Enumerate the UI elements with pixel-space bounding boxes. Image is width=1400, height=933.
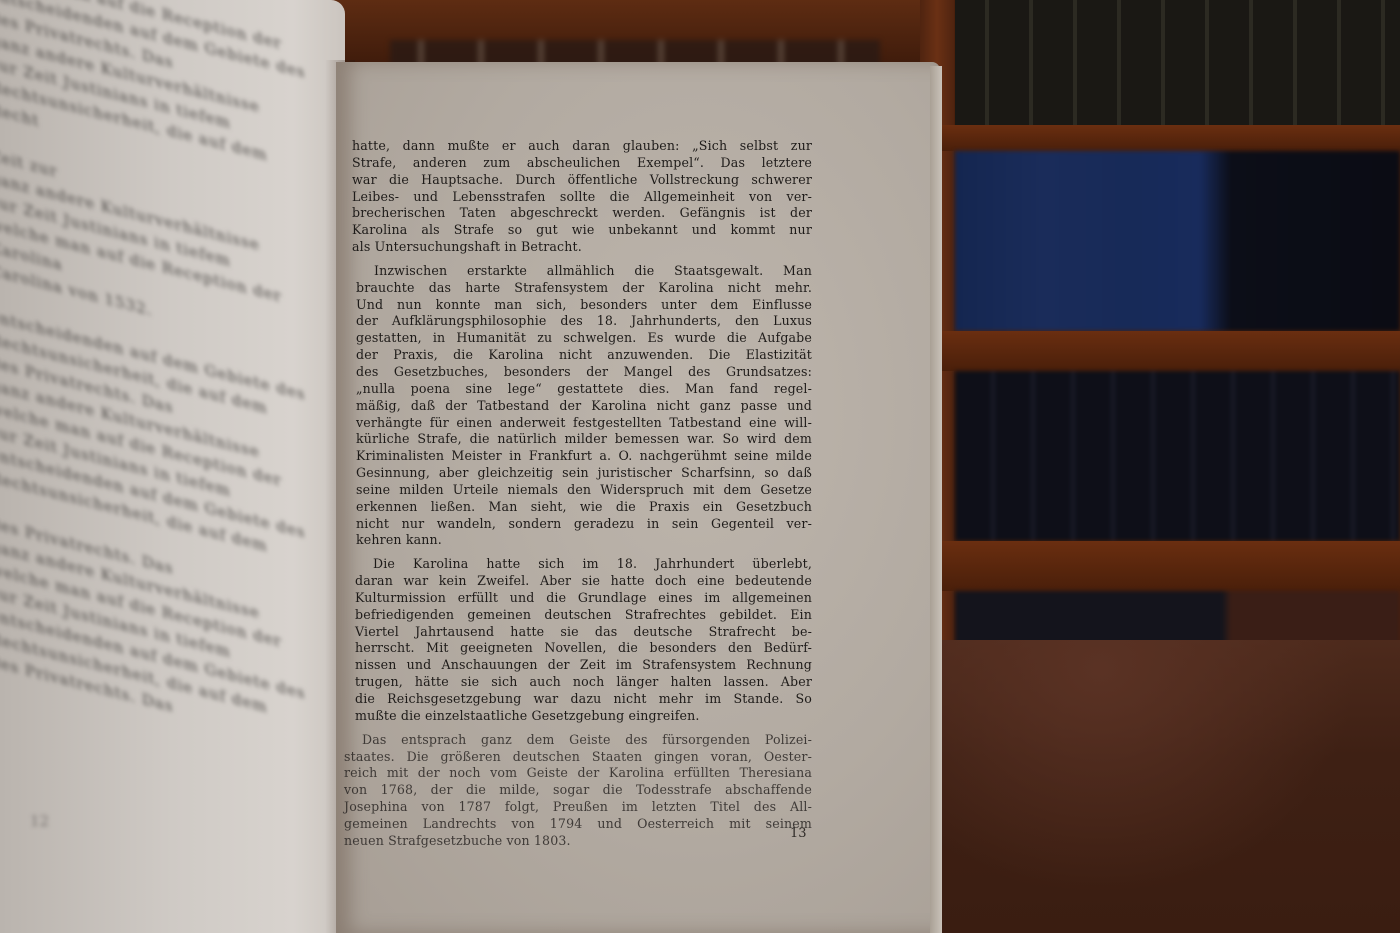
text-line: hatte, dann mußte er auch daran glauben:… [352,138,812,155]
text-line: daran war kein Zweifel. Aber sie hatte d… [355,573,812,590]
text-line: kürliche Strafe, die natürlich milder be… [356,431,812,448]
text-line: gemeinen Landrechts von 1794 und Oesterr… [344,816,812,833]
text-line: herrscht. Mit geeigneten Novellen, die b… [355,640,812,657]
text-line: verhängte für einen anderweit festgestel… [356,415,812,432]
text-line: brecherischen Taten abgeschreckt werden.… [352,205,812,222]
text-line: seine milden Urteile niemals den Widersp… [356,482,812,499]
left-page-number: 12 [30,812,49,830]
shelf-row-blue-books [955,151,1400,331]
text-line: Und nun konnte man sich, besonders unter… [356,297,812,314]
paragraph-3: Die Karolina hatte sich im 18. Jahrhunde… [355,556,812,724]
text-line: Karolina als Strafe so gut wie unbekannt… [352,222,812,239]
text-line: mußte die einzelstaatliche Gesetzgebung … [355,708,812,725]
text-line: Leibes- und Lebensstrafen sollte die All… [352,189,812,206]
text-line: Strafe, anderen zum abscheulichen Exempe… [352,155,812,172]
page-edge [930,66,942,933]
text-line: Inzwischen erstarkte allmählich die Staa… [356,263,812,280]
right-page: hatte, dann mußte er auch daran glauben:… [336,62,940,933]
right-page-number: 13 [790,826,807,841]
text-line: neuen Strafgesetzbuche von 1803. [344,833,812,850]
text-line: der Aufklärungsphilosophie des 18. Jahrh… [356,313,812,330]
left-page-text: welche man auf die Reception der entsche… [0,0,335,759]
paragraph-1: hatte, dann mußte er auch daran glauben:… [352,138,812,256]
text-line: Kulturmission erfüllt und die Grundlage … [355,590,812,607]
text-line: Viertel Jahrtausend hatte sie das deutsc… [355,624,812,641]
text-line: Gesinnung, aber gleichzeitig sein jurist… [356,465,812,482]
text-line: „nulla poena sine lege“ gestattete dies.… [356,381,812,398]
text-line: des Gesetzbuches, besonders der Mangel d… [356,364,812,381]
paragraph-2: Inzwischen erstarkte allmählich die Staa… [356,263,812,549]
shelf-board [920,541,1400,591]
left-page: welche man auf die Reception der entsche… [0,0,345,933]
shelf-board [920,331,1400,371]
text-line: Josephina von 1787 folgt, Preußen im let… [344,799,812,816]
text-line: Das entsprach ganz dem Geiste des fürsor… [344,732,812,749]
text-line: staates. Die größeren deutschen Staaten … [344,749,812,766]
text-line: nissen und Anschauungen der Zeit im Stra… [355,657,812,674]
far-bookshelf [330,0,920,70]
text-line: gestatten, in Humanität zu schwelgen. Es… [356,330,812,347]
paragraph-4: Das entsprach ganz dem Geiste des fürsor… [344,732,812,850]
shelf-row-top [955,0,1400,125]
text-line: die Reichsgesetzgebung war dazu nicht me… [355,691,812,708]
text-line: als Untersuchungshaft in Betracht. [352,239,812,256]
text-line: brauchte das harte Strafensystem der Kar… [356,280,812,297]
text-line: Kriminalisten Meister in Frankfurt a. O.… [356,448,812,465]
text-line: befriedigenden gemeinen deutschen Strafr… [355,607,812,624]
text-line: der Praxis, die Karolina nicht anzuwende… [356,347,812,364]
text-line: mäßig, daß der Tatbestand der Karolina n… [356,398,812,415]
right-page-text: hatte, dann mußte er auch daran glauben:… [352,138,812,857]
shelf-row-dark-books [955,371,1400,541]
text-line: nicht nur wandeln, sondern geradezu in s… [356,516,812,533]
shelf-board [920,125,1400,151]
wooden-table [900,640,1400,933]
text-line: Die Karolina hatte sich im 18. Jahrhunde… [355,556,812,573]
text-line: war die Hauptsache. Durch öffentliche Vo… [352,172,812,189]
text-line: erkennen ließen. Man sieht, wie die Prax… [356,499,812,516]
text-line: reich mit der noch vom Geiste der Karoli… [344,765,812,782]
bookshelf-unit [920,0,1400,680]
text-line: von 1768, der die milde, sogar die Todes… [344,782,812,799]
text-line: kehren kann. [356,532,812,549]
text-line: trugen, hätte sie sich auch noch länger … [355,674,812,691]
